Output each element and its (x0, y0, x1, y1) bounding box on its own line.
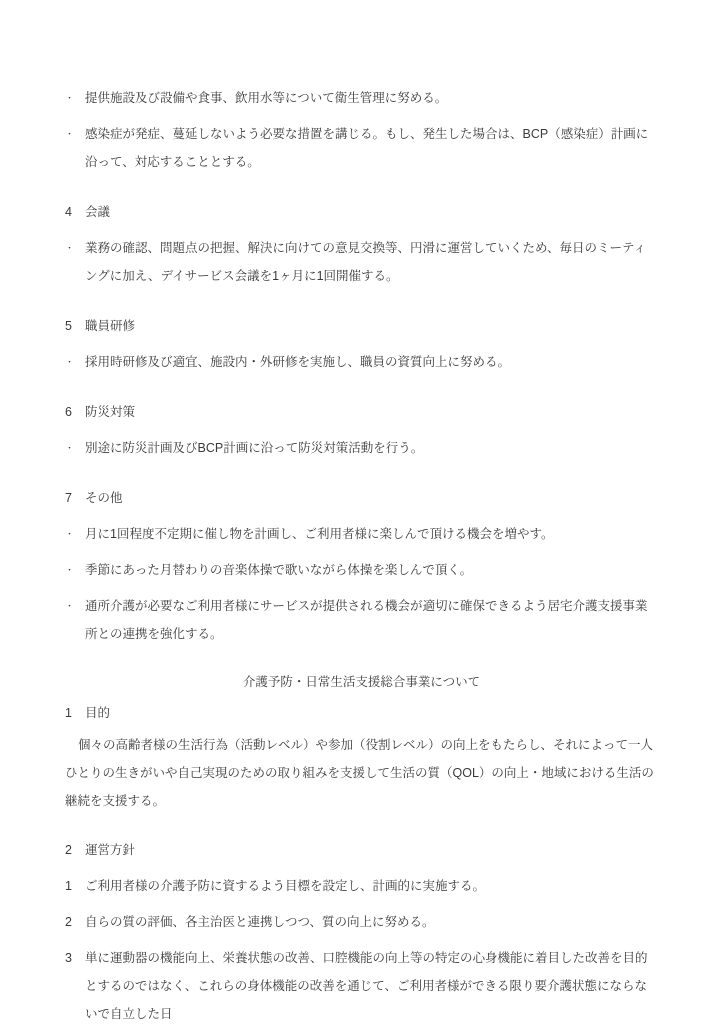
item-text: 単に運動器の機能向上、栄養状態の改善、口腔機能の向上等の特定の心身機能に着目した… (85, 944, 658, 1024)
bullet-text: 業務の確認、問題点の把握、解決に向けての意見交換等、円滑に運営していくため、毎日… (85, 234, 658, 290)
policy-item-list: 1 ご利用者様の介護予防に資するよう目標を設定し、計画的に実施する。 2 自らの… (65, 872, 658, 1024)
section-heading: 5 職員研修 (65, 312, 658, 340)
bullet-item: ・ 採用時研修及び適宜、施設内・外研修を実施し、職員の資質向上に努める。 (65, 348, 658, 376)
section-disaster-prevention: 6 防災対策 ・ 別途に防災計画及びBCP計画に沿って防災対策活動を行う。 (65, 398, 658, 462)
bullet-item: ・ 月に1回程度不定期に催し物を計画し、ご利用者様に楽しんで頂ける機会を増やす。 (65, 520, 658, 548)
section-number: 5 (65, 312, 85, 340)
bullet-text: 採用時研修及び適宜、施設内・外研修を実施し、職員の資質向上に努める。 (85, 348, 658, 376)
section-bullet-list: ・ 別途に防災計画及びBCP計画に沿って防災対策活動を行う。 (65, 434, 658, 462)
bullet-text: 提供施設及び設備や食事、飲用水等について衛生管理に努める。 (85, 84, 658, 112)
bullet-marker: ・ (65, 348, 85, 376)
section-title: 職員研修 (85, 312, 658, 340)
item-number: 2 (65, 908, 85, 936)
bullet-marker: ・ (65, 592, 85, 620)
subdoc-title: 介護予防・日常生活支援総合事業について (65, 668, 658, 696)
section-heading: 6 防災対策 (65, 398, 658, 426)
bullet-item: ・ 感染症が発症、蔓延しないよう必要な措置を講じる。もし、発生した場合は、BCP… (65, 120, 658, 176)
item-number: 1 (65, 872, 85, 900)
bullet-marker: ・ (65, 556, 85, 584)
bullet-item: ・ 業務の確認、問題点の把握、解決に向けての意見交換等、円滑に運営していくため、… (65, 234, 658, 290)
section-number: 7 (65, 484, 85, 512)
bullet-text: 感染症が発症、蔓延しないよう必要な措置を講じる。もし、発生した場合は、BCP（感… (85, 120, 658, 176)
bullet-marker: ・ (65, 520, 85, 548)
item-text: 自らの質の評価、各主治医と連携しつつ、質の向上に努める。 (85, 908, 658, 936)
section-number: 6 (65, 398, 85, 426)
section-title: 会議 (85, 198, 658, 226)
intro-bullet-list: ・ 提供施設及び設備や食事、飲用水等について衛生管理に努める。 ・ 感染症が発症… (65, 84, 658, 176)
bullet-marker: ・ (65, 234, 85, 262)
bullet-text: 月に1回程度不定期に催し物を計画し、ご利用者様に楽しんで頂ける機会を増やす。 (85, 520, 658, 548)
section-title: その他 (85, 484, 658, 512)
document-page: ・ 提供施設及び設備や食事、飲用水等について衛生管理に努める。 ・ 感染症が発症… (0, 0, 724, 1024)
section-number: 4 (65, 198, 85, 226)
bullet-text: 通所介護が必要なご利用者様にサービスが提供される機会が適切に確保できるよう居宅介… (85, 592, 658, 648)
bullet-marker: ・ (65, 120, 85, 148)
item-number: 3 (65, 944, 85, 972)
section-meetings: 4 会議 ・ 業務の確認、問題点の把握、解決に向けての意見交換等、円滑に運営して… (65, 198, 658, 290)
purpose-paragraph: 個々の高齢者様の生活行為（活動レベル）や参加（役割レベル）の向上をもたらし、それ… (65, 731, 658, 815)
bullet-marker: ・ (65, 434, 85, 462)
item-text: ご利用者様の介護予防に資するよう目標を設定し、計画的に実施する。 (85, 872, 658, 900)
bullet-item: ・ 季節にあった月替わりの音楽体操で歌いながら体操を楽しんで頂く。 (65, 556, 658, 584)
section-number: 1 (65, 699, 85, 727)
bullet-marker: ・ (65, 84, 85, 112)
subdoc-heading-policy: 2 運営方針 (65, 836, 658, 864)
bullet-text: 別途に防災計画及びBCP計画に沿って防災対策活動を行う。 (85, 434, 658, 462)
section-bullet-list: ・ 業務の確認、問題点の把握、解決に向けての意見交換等、円滑に運営していくため、… (65, 234, 658, 290)
section-bullet-list: ・ 月に1回程度不定期に催し物を計画し、ご利用者様に楽しんで頂ける機会を増やす。… (65, 520, 658, 648)
section-title: 目的 (85, 699, 658, 727)
bullet-item: ・ 通所介護が必要なご利用者様にサービスが提供される機会が適切に確保できるよう居… (65, 592, 658, 648)
section-title: 防災対策 (85, 398, 658, 426)
numbered-item: 3 単に運動器の機能向上、栄養状態の改善、口腔機能の向上等の特定の心身機能に着目… (65, 944, 658, 1024)
bullet-text: 季節にあった月替わりの音楽体操で歌いながら体操を楽しんで頂く。 (85, 556, 658, 584)
section-title: 運営方針 (85, 836, 658, 864)
section-others: 7 その他 ・ 月に1回程度不定期に催し物を計画し、ご利用者様に楽しんで頂ける機… (65, 484, 658, 648)
section-heading: 7 その他 (65, 484, 658, 512)
subdoc-heading-purpose: 1 目的 (65, 699, 658, 727)
section-heading: 4 会議 (65, 198, 658, 226)
section-bullet-list: ・ 採用時研修及び適宜、施設内・外研修を実施し、職員の資質向上に努める。 (65, 348, 658, 376)
section-number: 2 (65, 836, 85, 864)
bullet-item: ・ 提供施設及び設備や食事、飲用水等について衛生管理に努める。 (65, 84, 658, 112)
numbered-item: 2 自らの質の評価、各主治医と連携しつつ、質の向上に努める。 (65, 908, 658, 936)
bullet-item: ・ 別途に防災計画及びBCP計画に沿って防災対策活動を行う。 (65, 434, 658, 462)
numbered-item: 1 ご利用者様の介護予防に資するよう目標を設定し、計画的に実施する。 (65, 872, 658, 900)
section-staff-training: 5 職員研修 ・ 採用時研修及び適宜、施設内・外研修を実施し、職員の資質向上に努… (65, 312, 658, 376)
